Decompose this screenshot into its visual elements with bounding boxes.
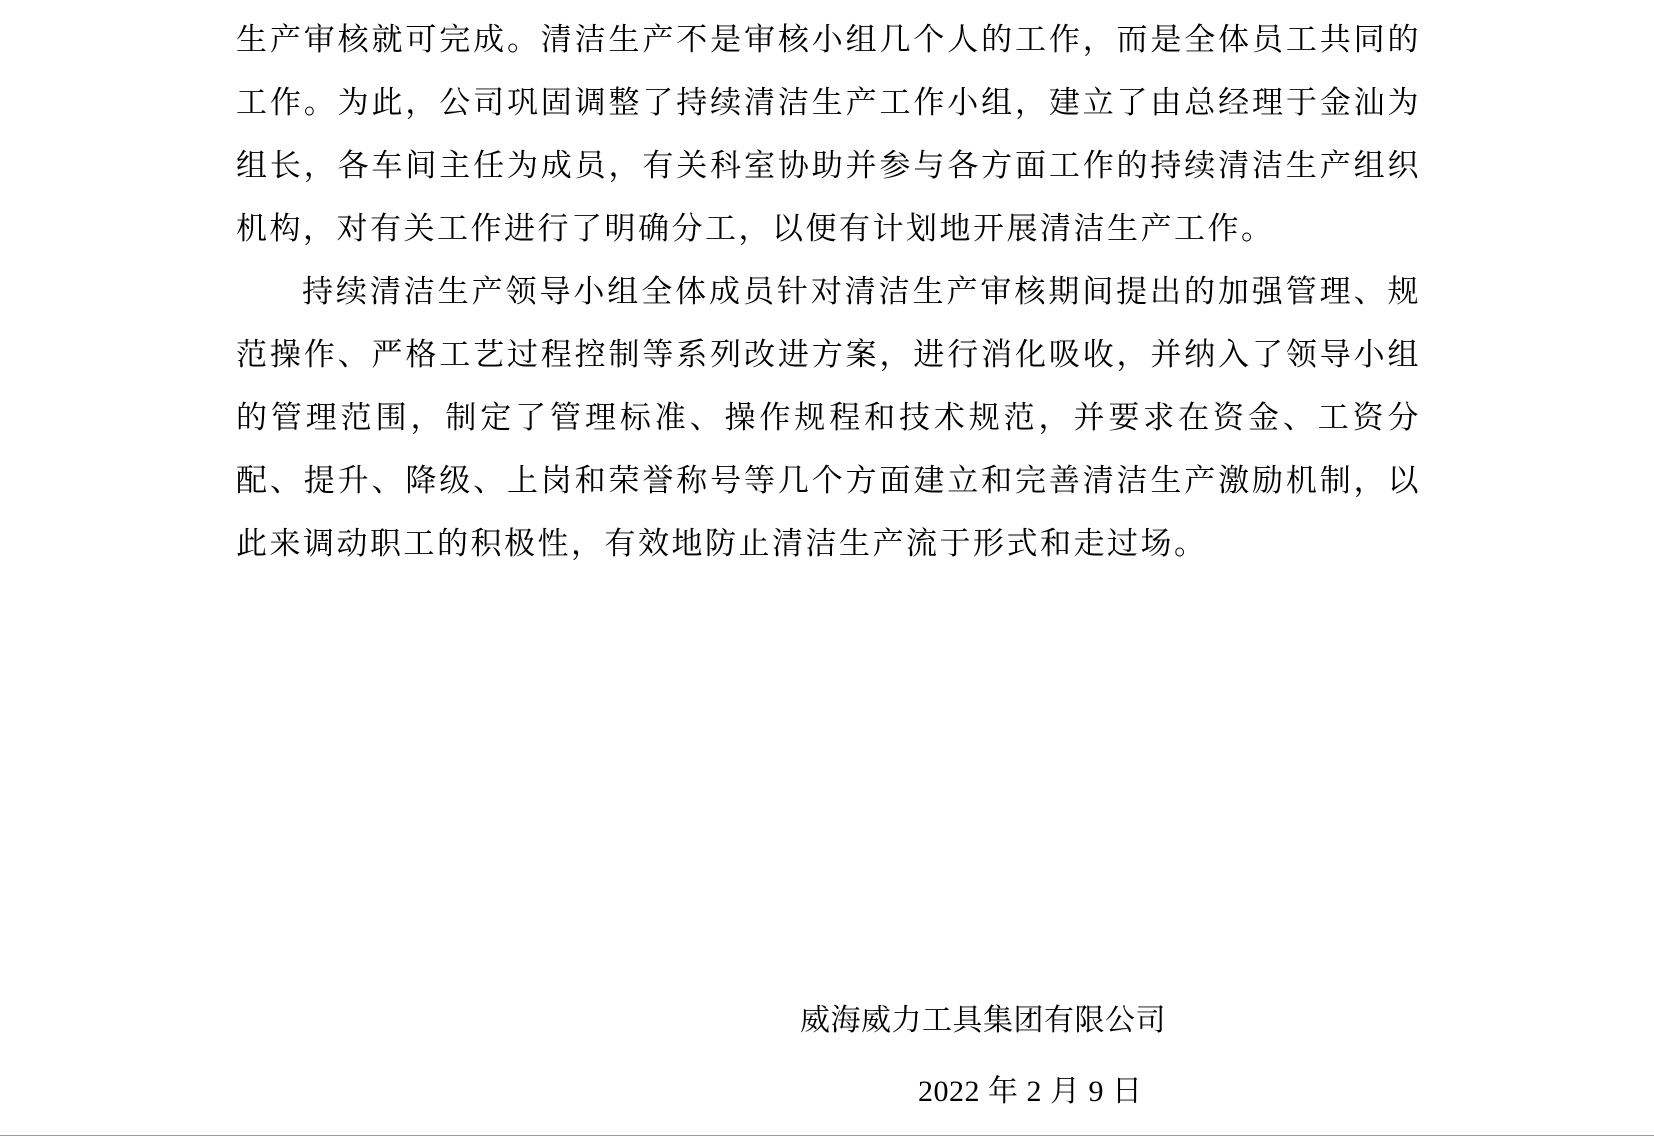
document-page: 生产审核就可完成。清洁生产不是审核小组几个人的工作，而是全体员工共同的工作。为此…: [0, 0, 1654, 1136]
document-body: 生产审核就可完成。清洁生产不是审核小组几个人的工作，而是全体员工共同的工作。为此…: [236, 8, 1421, 575]
body-paragraph-2: 持续清洁生产领导小组全体成员针对清洁生产审核期间提出的加强管理、规范操作、严格工…: [236, 260, 1421, 575]
body-paragraph-1: 生产审核就可完成。清洁生产不是审核小组几个人的工作，而是全体员工共同的工作。为此…: [236, 8, 1421, 260]
signature-date: 2022 年 2 月 9 日: [918, 1066, 1143, 1110]
signature-company-name: 威海威力工具集团有限公司: [800, 995, 1166, 1039]
